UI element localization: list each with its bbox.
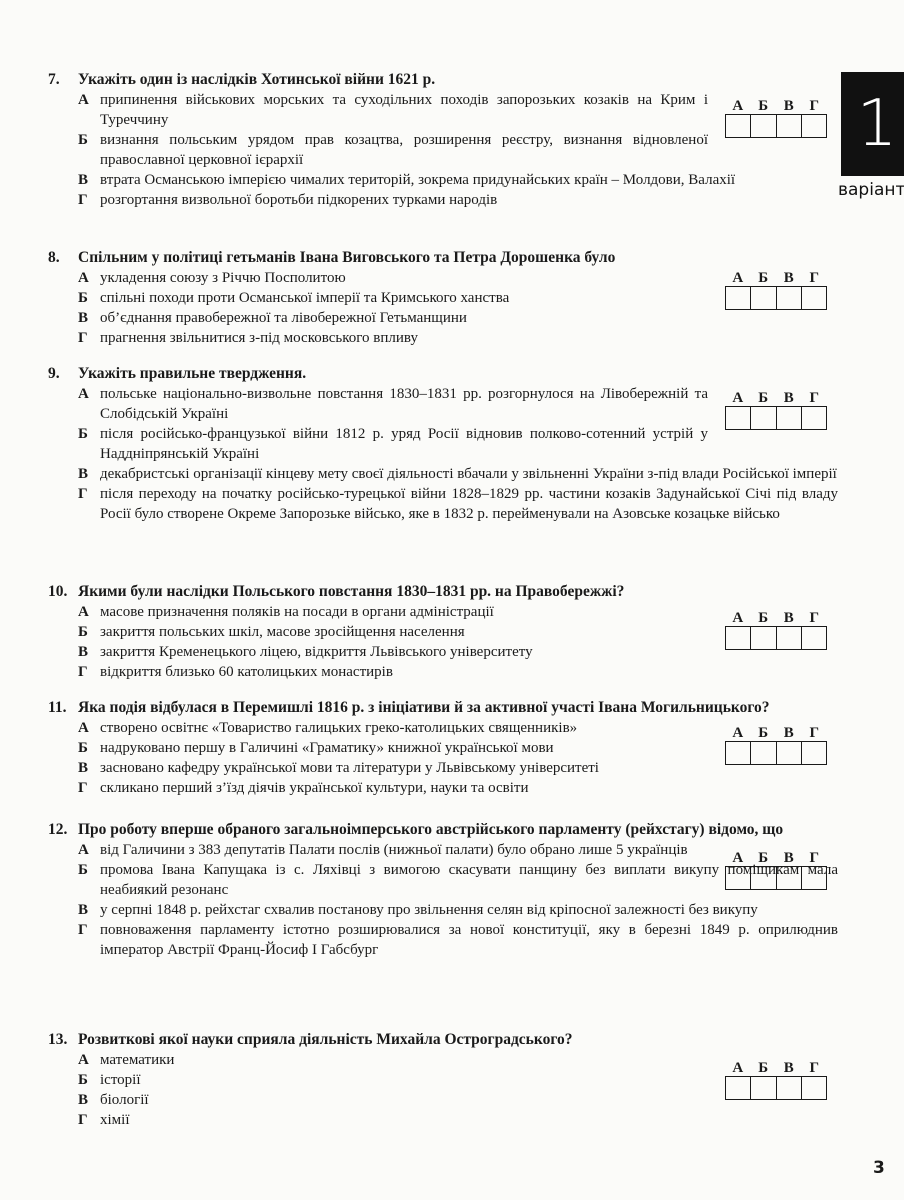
answer-grid-7: АБВГ xyxy=(725,98,827,138)
answer-cell-c[interactable] xyxy=(777,1077,802,1099)
option-a: Апольське національно-визвольне повстанн… xyxy=(78,384,708,424)
question-8: 8.Спільним у політиці гетьманів Івана Ви… xyxy=(48,248,838,348)
option-c: Вдекабристські організації кінцеву мету … xyxy=(78,464,838,484)
option-b: Бнадруковано першу в Галичині «Граматику… xyxy=(78,738,838,758)
answer-cell-b[interactable] xyxy=(751,407,776,429)
answer-grid-8: АБВГ xyxy=(725,270,827,310)
question-text: Укажіть один із наслідків Хотинської вій… xyxy=(78,70,838,90)
option-b: Бісторії xyxy=(78,1070,838,1090)
answer-cell-c[interactable] xyxy=(777,115,802,137)
option-d: Гпрагнення звільнитися з-під московськог… xyxy=(78,328,838,348)
option-c: Вбіології xyxy=(78,1090,838,1110)
option-c: Ву серпні 1848 р. рейхстаг схвалив поста… xyxy=(78,900,838,920)
answer-cell-b[interactable] xyxy=(751,627,776,649)
page-number: 3 xyxy=(873,1158,885,1178)
option-d: Гскликано перший з’їзд діячів українсько… xyxy=(78,778,838,798)
option-a: Амасове призначення поляків на посади в … xyxy=(78,602,838,622)
option-d: Гвідкриття близько 60 католицьких монаст… xyxy=(78,662,838,682)
option-a: Аматематики xyxy=(78,1050,838,1070)
answer-cell-a[interactable] xyxy=(726,867,751,889)
answer-cell-a[interactable] xyxy=(726,407,751,429)
answer-cell-d[interactable] xyxy=(802,287,826,309)
option-d: Гпісля переходу на початку російсько-тур… xyxy=(78,484,838,524)
answer-cell-d[interactable] xyxy=(802,407,826,429)
variant-label: варіант xyxy=(838,180,904,200)
answer-cell-d[interactable] xyxy=(802,742,826,764)
answer-cell-a[interactable] xyxy=(726,1077,751,1099)
answer-cell-d[interactable] xyxy=(802,1077,826,1099)
option-a: Аукладення союзу з Річчю Посполитою xyxy=(78,268,838,288)
answer-grid-9: АБВГ xyxy=(725,390,827,430)
option-c: Взасновано кафедру української мови та л… xyxy=(78,758,838,778)
option-b: Бспільні походи проти Османської імперії… xyxy=(78,288,838,308)
question-9: 9.Укажіть правильне твердження. Апольськ… xyxy=(48,364,838,524)
option-b: Бзакриття польських шкіл, масове зросійщ… xyxy=(78,622,838,642)
answer-cell-b[interactable] xyxy=(751,287,776,309)
answer-grid-10: АБВГ xyxy=(725,610,827,650)
answer-cell-c[interactable] xyxy=(777,867,802,889)
option-a: Астворено освітнє «Товариство галицьких … xyxy=(78,718,838,738)
variant-number-badge: 1 xyxy=(841,72,904,176)
answer-cell-a[interactable] xyxy=(726,627,751,649)
answer-cell-c[interactable] xyxy=(777,287,802,309)
option-d: Грозгортання визвольної боротьби підкоре… xyxy=(78,190,838,210)
option-c: Воб’єднання правобережної та лівобережно… xyxy=(78,308,838,328)
answer-cell-d[interactable] xyxy=(802,115,826,137)
option-d: Гповноваження парламенту істотно розширю… xyxy=(78,920,838,960)
question-7: 7.Укажіть один із наслідків Хотинської в… xyxy=(48,70,838,210)
question-12: 12.Про роботу вперше обраного загальноім… xyxy=(48,820,838,960)
option-b: Бпісля російсько-французької війни 1812 … xyxy=(78,424,708,464)
question-number: 7. xyxy=(48,70,78,90)
answer-grid-13: АБВГ xyxy=(725,1060,827,1100)
option-b: Бпромова Івана Капущака із с. Ляхівці з … xyxy=(78,860,838,900)
answer-cell-d[interactable] xyxy=(802,627,826,649)
question-11: 11.Яка подія відбулася в Перемишлі 1816 … xyxy=(48,698,838,798)
answer-cell-a[interactable] xyxy=(726,287,751,309)
answer-grid-11: АБВГ xyxy=(725,725,827,765)
question-10: 10.Якими були наслідки Польського повста… xyxy=(48,582,838,682)
answer-cell-c[interactable] xyxy=(777,742,802,764)
option-b: Бвизнання польським урядом прав козацтва… xyxy=(78,130,708,170)
answer-cell-b[interactable] xyxy=(751,867,776,889)
option-c: Ввтрата Османською імперією чималих тери… xyxy=(78,170,828,190)
option-d: Гхімії xyxy=(78,1110,838,1130)
answer-cell-a[interactable] xyxy=(726,742,751,764)
option-c: Взакриття Кременецького ліцею, відкриття… xyxy=(78,642,838,662)
answer-cell-b[interactable] xyxy=(751,742,776,764)
option-a: Авід Галичини з 383 депутатів Палати пос… xyxy=(78,840,708,860)
answer-cell-d[interactable] xyxy=(802,867,826,889)
answer-grid-12: АБВГ xyxy=(725,850,827,890)
answer-cell-c[interactable] xyxy=(777,627,802,649)
question-13: 13.Розвиткові якої науки сприяла діяльні… xyxy=(48,1030,838,1130)
answer-cell-a[interactable] xyxy=(726,115,751,137)
answer-cell-c[interactable] xyxy=(777,407,802,429)
answer-cell-b[interactable] xyxy=(751,1077,776,1099)
answer-cell-b[interactable] xyxy=(751,115,776,137)
option-a: Априпинення військових морських та суход… xyxy=(78,90,708,130)
